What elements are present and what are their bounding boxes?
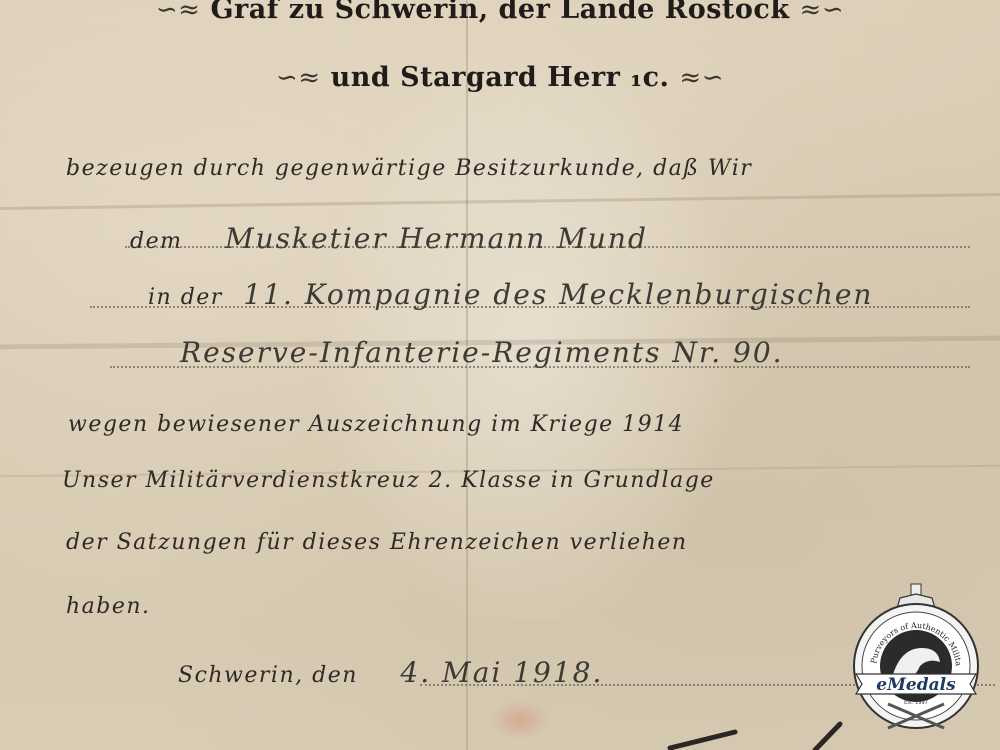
body-line-5: Unser Militärverdienstkreuz 2. Klasse in…: [62, 468, 715, 493]
flourish-ornament: ∽≈: [156, 0, 201, 25]
fold-crease-vertical: [466, 0, 468, 750]
body-line-6: der Satzungen für dieses Ehrenzeichen ve…: [66, 530, 688, 555]
flourish-ornament: ≈∽: [679, 63, 724, 93]
place-label: Schwerin, den: [178, 663, 358, 688]
flourish-ornament: ≈∽: [800, 0, 845, 25]
emedals-seal-icon: Purveyors of Authentic Militaria eMedals…: [848, 582, 984, 732]
body-line-7: haben.: [66, 594, 151, 619]
seal-est-text: Est. 1997: [904, 700, 928, 706]
header-text: Graf zu Schwerin, der Lande Rostock: [210, 0, 789, 25]
dotted-rule: [125, 246, 970, 248]
signature-stroke: [650, 718, 880, 750]
label-dem: dem: [130, 229, 182, 254]
dotted-rule: [110, 366, 970, 368]
red-ink-stamp: [490, 700, 550, 740]
header-text: und Stargard Herr ₁c.: [331, 62, 670, 93]
body-line-1: bezeugen durch gegenwärtige Besitzurkund…: [66, 156, 752, 181]
flourish-ornament: ∽≈: [276, 63, 321, 93]
recipient-name: Musketier Hermann Mund: [225, 222, 648, 255]
header-title-line-2: ∽≈und Stargard Herr ₁c.≈∽: [0, 62, 1000, 93]
unit-line-2: Reserve-Infanterie-Regiments Nr. 90.: [180, 336, 784, 369]
dotted-rule: [90, 306, 970, 308]
body-line-4: wegen bewiesener Auszeichnung im Kriege …: [68, 412, 684, 437]
header-title-line-1: ∽≈Graf zu Schwerin, der Lande Rostock≈∽: [0, 0, 1000, 25]
body-line-unit-2: Reserve-Infanterie-Regiments Nr. 90.: [180, 336, 784, 369]
body-line-recipient: dem Musketier Hermann Mund: [130, 222, 648, 255]
seal-brand-text: eMedals: [876, 675, 956, 695]
emedals-watermark-logo: Purveyors of Authentic Militaria eMedals…: [848, 582, 984, 732]
